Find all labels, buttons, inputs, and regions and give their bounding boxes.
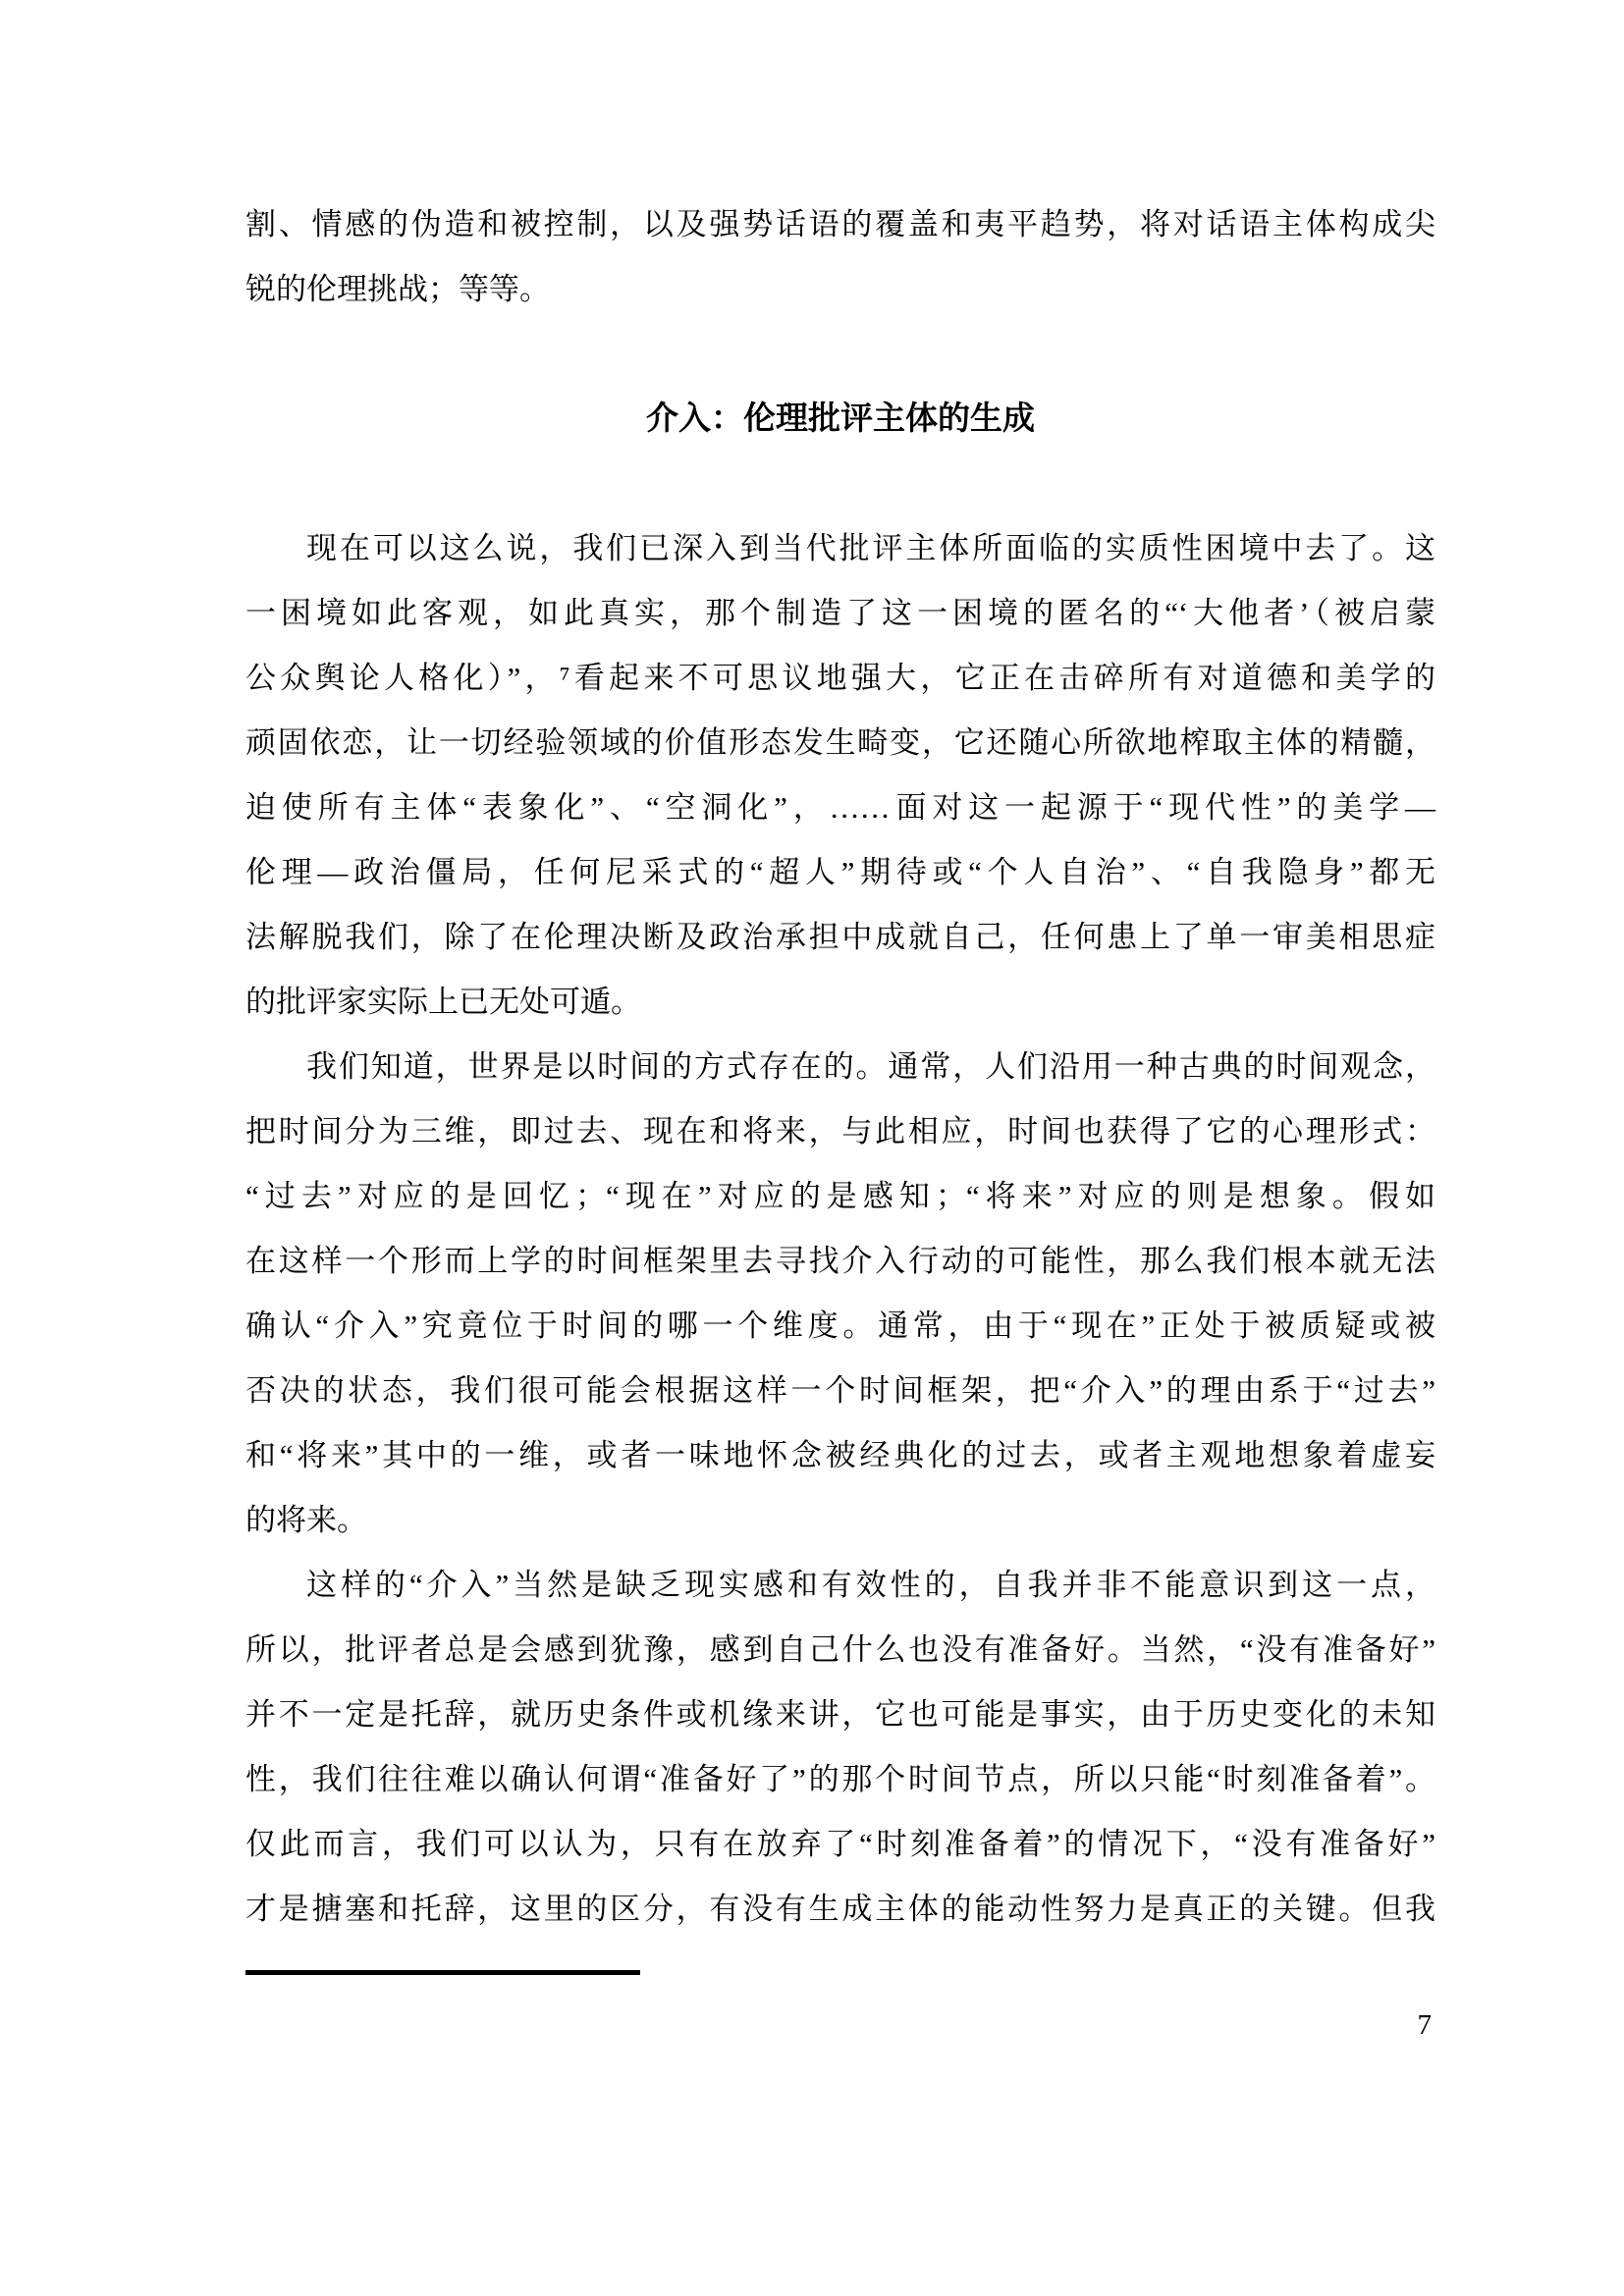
blank-line	[245, 322, 1435, 387]
text-line: 把时间分为三维，即过去、现在和将来，与此相应，时间也获得了它的心理形式：	[245, 1099, 1435, 1164]
blank-line	[245, 452, 1435, 516]
text-line: 法解脱我们，除了在伦理决断及政治承担中成就自己，任何患上了单一审美相思症	[245, 905, 1435, 970]
text-line: 确认“介入”究竟位于时间的哪一个维度。通常，由于“现在”正处于被质疑或被	[245, 1294, 1435, 1359]
text-line: 的将来。	[245, 1488, 1435, 1553]
section-heading: 介入：伦理批评主体的生成	[245, 387, 1435, 452]
paragraph: 现在可以这么说，我们已深入到当代批评主体所面临的实质性困境中去了。这一困境如此客…	[245, 516, 1435, 1035]
text-line: 才是搪塞和托辞，这里的区分，有没有生成主体的能动性努力是真正的关键。但我	[245, 1877, 1435, 1942]
text-line: 在这样一个形而上学的时间框架里去寻找介入行动的可能性，那么我们根本就无法	[245, 1229, 1435, 1294]
text-line: 伦理—政治僵局，任何尼采式的“超人”期待或“个人自治”、“自我隐身”都无	[245, 840, 1435, 905]
text-line: 顽固依恋，让一切经验领域的价值形态发生畸变，它还随心所欲地榨取主体的精髓，	[245, 711, 1435, 775]
text-line: “过去”对应的是回忆；“现在”对应的是感知；“将来”对应的则是想象。假如	[245, 1164, 1435, 1229]
paragraph-continuation: 割、情感的伪造和被控制，以及强势话语的覆盖和夷平趋势，将对话语主体构成尖锐的伦理…	[245, 192, 1435, 322]
text-line: 割、情感的伪造和被控制，以及强势话语的覆盖和夷平趋势，将对话语主体构成尖	[245, 192, 1435, 257]
text-line: 并不一定是托辞，就历史条件或机缘来讲，它也可能是事实，由于历史变化的未知	[245, 1682, 1435, 1747]
text-line: 迫使所有主体“表象化”、“空洞化”，……面对这一起源于“现代性”的美学—	[245, 775, 1435, 840]
text-line: 所以，批评者总是会感到犹豫，感到自己什么也没有准备好。当然，“没有准备好”	[245, 1618, 1435, 1682]
text-line: 我们知道，世界是以时间的方式存在的。通常，人们沿用一种古典的时间观念，	[245, 1035, 1435, 1099]
text-line: 的批评家实际上已无处可遁。	[245, 970, 1435, 1035]
text-line: 公众舆论人格化）”，⁷看起来不可思议地强大，它正在击碎所有对道德和美学的	[245, 646, 1435, 711]
text-line: 现在可以这么说，我们已深入到当代批评主体所面临的实质性困境中去了。这	[245, 516, 1435, 581]
page-number: 7	[1355, 2008, 1432, 2042]
document-page: 割、情感的伪造和被控制，以及强势话语的覆盖和夷平趋势，将对话语主体构成尖锐的伦理…	[0, 0, 1624, 2296]
text-line: 否决的状态，我们很可能会根据这样一个时间框架，把“介入”的理由系于“过去”	[245, 1359, 1435, 1423]
text-line: 仅此而言，我们可以认为，只有在放弃了“时刻准备着”的情况下，“没有准备好”	[245, 1812, 1435, 1877]
body-text: 割、情感的伪造和被控制，以及强势话语的覆盖和夷平趋势，将对话语主体构成尖锐的伦理…	[245, 192, 1435, 1942]
text-line: 一困境如此客观，如此真实，那个制造了这一困境的匿名的“‘大他者’（被启蒙	[245, 581, 1435, 646]
paragraph: 这样的“介入”当然是缺乏现实感和有效性的，自我并非不能意识到这一点，所以，批评者…	[245, 1553, 1435, 1942]
paragraph: 我们知道，世界是以时间的方式存在的。通常，人们沿用一种古典的时间观念，把时间分为…	[245, 1035, 1435, 1553]
footnote-separator	[245, 1970, 640, 1975]
text-line: 这样的“介入”当然是缺乏现实感和有效性的，自我并非不能意识到这一点，	[245, 1553, 1435, 1618]
text-line: 性，我们往往难以确认何谓“准备好了”的那个时间节点，所以只能“时刻准备着”。	[245, 1747, 1435, 1812]
text-line: 锐的伦理挑战；等等。	[245, 257, 1435, 322]
text-line: 和“将来”其中的一维，或者一味地怀念被经典化的过去，或者主观地想象着虚妄	[245, 1423, 1435, 1488]
